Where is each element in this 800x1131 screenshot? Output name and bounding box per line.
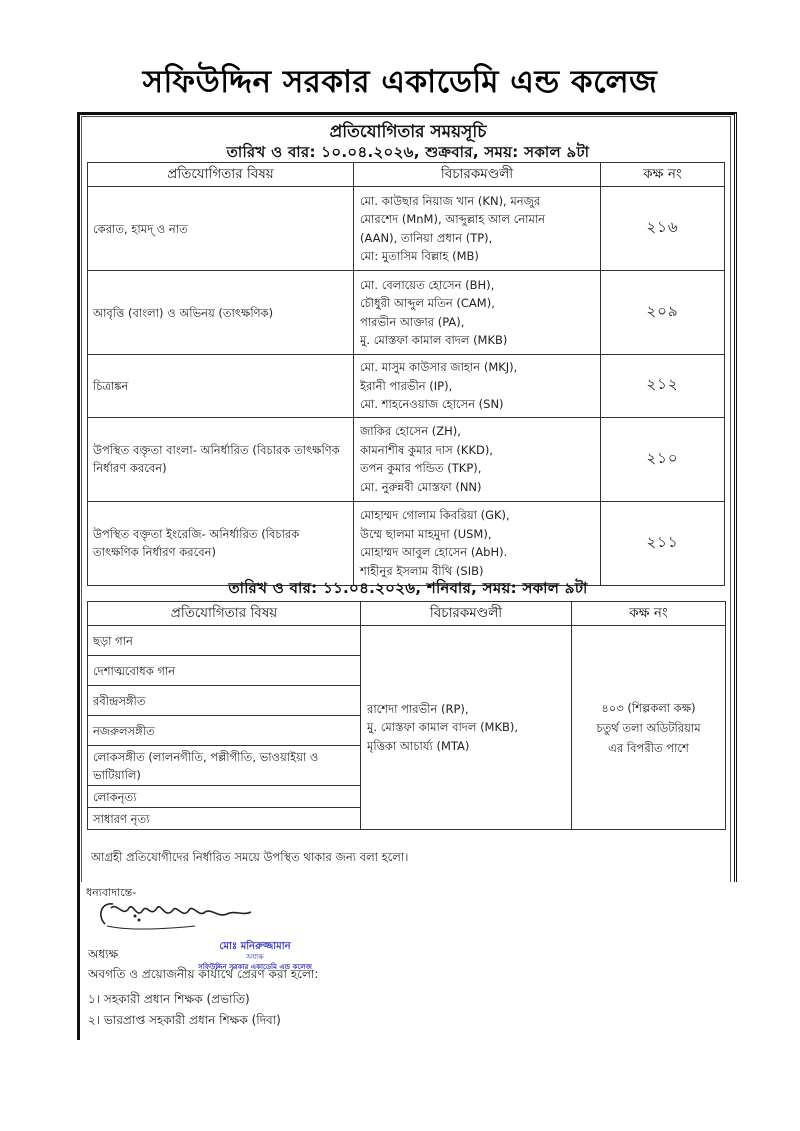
subject-cell: দেশাত্মবোধক গান [88, 656, 361, 686]
column-header-judges: বিচারকমণ্ডলী [361, 602, 572, 626]
subject-cell: উপস্থিত বক্তৃতা বাংলা- অনির্ধারিত (বিচার… [88, 417, 354, 501]
room-cell: ৪০৩ (শিল্পকলা কক্ষ)চতুর্থ তলা অডিটরিয়াম… [572, 626, 726, 830]
cc-list: ১। সহকারী প্রধান শিক্ষক (প্রভাতি) ২। ভার… [88, 989, 281, 1031]
judge-line: ইরানী পারভীন (IP), [360, 377, 594, 396]
judges-cell: মোহাম্মদ গোলাম কিবরিয়া (GK),উম্মে ছালমা… [354, 501, 601, 585]
institution-title: সফিউদ্দিন সরকার একাডেমি এন্ড কলেজ [0, 58, 800, 110]
stamp-title: অধ্যক্ষ [170, 952, 340, 962]
signatory-designation: অধ্যক্ষ [88, 946, 118, 966]
judge-line: মৃত্তিকা আচার্য্য (MTA) [367, 737, 565, 756]
judge-line: কামনাশীষ কুমার দাস (KKD), [360, 441, 594, 460]
judge-line: মো. নুরুন্নবী মোস্তফা (NN) [360, 478, 594, 497]
column-header-judges: বিচারকমণ্ডলী [354, 163, 601, 187]
room-line: চতুর্থ তলা অডিটরিয়াম [577, 718, 720, 738]
subject-cell: ছড়া গান [88, 626, 361, 656]
judge-line: পারভীন আক্তার (PA), [360, 313, 594, 332]
room-cell: ২১১ [601, 501, 725, 585]
judge-line: জাকির হোসেন (ZH), [360, 422, 594, 441]
frame-border-left [77, 880, 80, 1040]
subject-cell: চিত্রাঙ্কন [88, 355, 354, 418]
table-row: উপস্থিত বক্তৃতা বাংলা- অনির্ধারিত (বিচার… [88, 417, 725, 501]
judges-cell: মো. কাউছার নিয়াজ খান (KN), মনজুরমোরশেদ … [354, 187, 601, 271]
subject-cell: উপস্থিত বক্তৃতা ইংরেজি- অনির্ধারিত (বিচা… [88, 501, 354, 585]
subject-cell: রবীন্দ্রসঙ্গীত [88, 686, 361, 716]
forwarding-line: অবগতি ও প্রয়োজনীয় কার্যার্থে প্রেরণ কর… [88, 966, 318, 986]
room-cell: ২০৯ [601, 271, 725, 355]
table-row: উপস্থিত বক্তৃতা ইংরেজি- অনির্ধারিত (বিচা… [88, 501, 725, 585]
subject-cell: লোকনৃত্য [88, 786, 361, 808]
table-header-row: প্রতিযোগিতার বিষয় বিচারকমণ্ডলী কক্ষ নং [88, 163, 725, 187]
judge-line: মোহাম্মদ আবুল হোসেন (AbH). [360, 543, 594, 562]
judge-line: মোরশেদ (MnM), আব্দুল্লাহ আল নোমান [360, 210, 594, 229]
attendance-note: আগ্রহী প্রতিযোগীদের নির্ধারিত সময়ে উপস্… [91, 849, 408, 868]
judge-line: মো. মাসুম কাউসার জাহান (MKJ), [360, 358, 594, 377]
judge-line: চৌধুরী আব্দুল মতিন (CAM), [360, 294, 594, 313]
subject-cell: আবৃত্তি (বাংলা) ও অভিনয় (তাৎক্ষণিক) [88, 271, 354, 355]
room-cell: ২১০ [601, 417, 725, 501]
column-header-subject: প্রতিযোগিতার বিষয় [88, 602, 361, 626]
table-row: চিত্রাঙ্কনমো. মাসুম কাউসার জাহান (MKJ),ই… [88, 355, 725, 418]
day1-schedule-table: প্রতিযোগিতার বিষয় বিচারকমণ্ডলী কক্ষ নং … [87, 162, 725, 586]
judge-line: মো. কাউছার নিয়াজ খান (KN), মনজুর [360, 192, 594, 211]
room-line: এর বিপরীত পাশে [577, 738, 720, 758]
judges-cell: রাশেদা পারভীন (RP),মু. মোস্তফা কামাল বাদ… [361, 626, 572, 830]
column-header-room: কক্ষ নং [572, 602, 726, 626]
room-cell: ২১৬ [601, 187, 725, 271]
judge-line: মো. বেলায়েত হোসেন (BH), [360, 276, 594, 295]
column-header-room: কক্ষ নং [601, 163, 725, 187]
subject-cell: সাধারণ নৃত্য [88, 808, 361, 830]
room-cell: ২১২ [601, 355, 725, 418]
table-row: কেরাত, হামদ্‌ ও নাতমো. কাউছার নিয়াজ খান… [88, 187, 725, 271]
judge-line: মো: মুতাসিম বিল্লাহ (MB) [360, 247, 594, 266]
subject-cell: কেরাত, হামদ্‌ ও নাত [88, 187, 354, 271]
judge-line: উম্মে ছালমা মাহমুদা (USM), [360, 525, 594, 544]
judge-line: মু. মোস্তফা কামাল বাদল (MKB), [367, 718, 565, 737]
judges-cell: জাকির হোসেন (ZH),কামনাশীষ কুমার দাস (KKD… [354, 417, 601, 501]
subject-cell: নজরুলসঙ্গীত [88, 716, 361, 746]
day2-schedule-table: প্রতিযোগিতার বিষয় বিচারকমণ্ডলী কক্ষ নং … [87, 601, 726, 830]
table-header-row: প্রতিযোগিতার বিষয় বিচারকমণ্ডলী কক্ষ নং [88, 602, 726, 626]
judge-line: মু. মোস্তফা কামাল বাদল (MKB) [360, 331, 594, 350]
subject-cell: লোকসঙ্গীত (লালনগীতি, পল্লীগীতি, ভাওয়াইয… [88, 746, 361, 786]
judges-cell: মো. বেলায়েত হোসেন (BH), চৌধুরী আব্দুল ম… [354, 271, 601, 355]
cc-item: ১। সহকারী প্রধান শিক্ষক (প্রভাতি) [88, 989, 281, 1010]
judge-line: (AAN), তানিয়া প্রধান (TP), [360, 229, 594, 248]
room-line: ৪০৩ (শিল্পকলা কক্ষ) [577, 698, 720, 718]
day2-date-line: তারিখ ও বার: ১১.০৪.২০২৬, শনিবার, সময়: স… [88, 577, 728, 602]
table-row: আবৃত্তি (বাংলা) ও অভিনয় (তাৎক্ষণিক)মো. … [88, 271, 725, 355]
judge-line: মো. শাহনেওয়াজ হোসেন (SN) [360, 395, 594, 414]
cc-item: ২। ভারপ্রাপ্ত সহকারী প্রধান শিক্ষক (দিবা… [88, 1010, 281, 1031]
judge-line: মোহাম্মদ গোলাম কিবরিয়া (GK), [360, 506, 594, 525]
column-header-subject: প্রতিযোগিতার বিষয় [88, 163, 354, 187]
judge-line: তপন কুমার পন্ডিত (TKP), [360, 459, 594, 478]
judges-cell: মো. মাসুম কাউসার জাহান (MKJ),ইরানী পারভী… [354, 355, 601, 418]
principal-signature [95, 896, 255, 936]
stamp-name: মোঃ মনিরুজ্জামান [170, 942, 340, 952]
judge-line: রাশেদা পারভীন (RP), [367, 700, 565, 719]
table-row: ছড়া গানরাশেদা পারভীন (RP),মু. মোস্তফা ক… [88, 626, 726, 656]
